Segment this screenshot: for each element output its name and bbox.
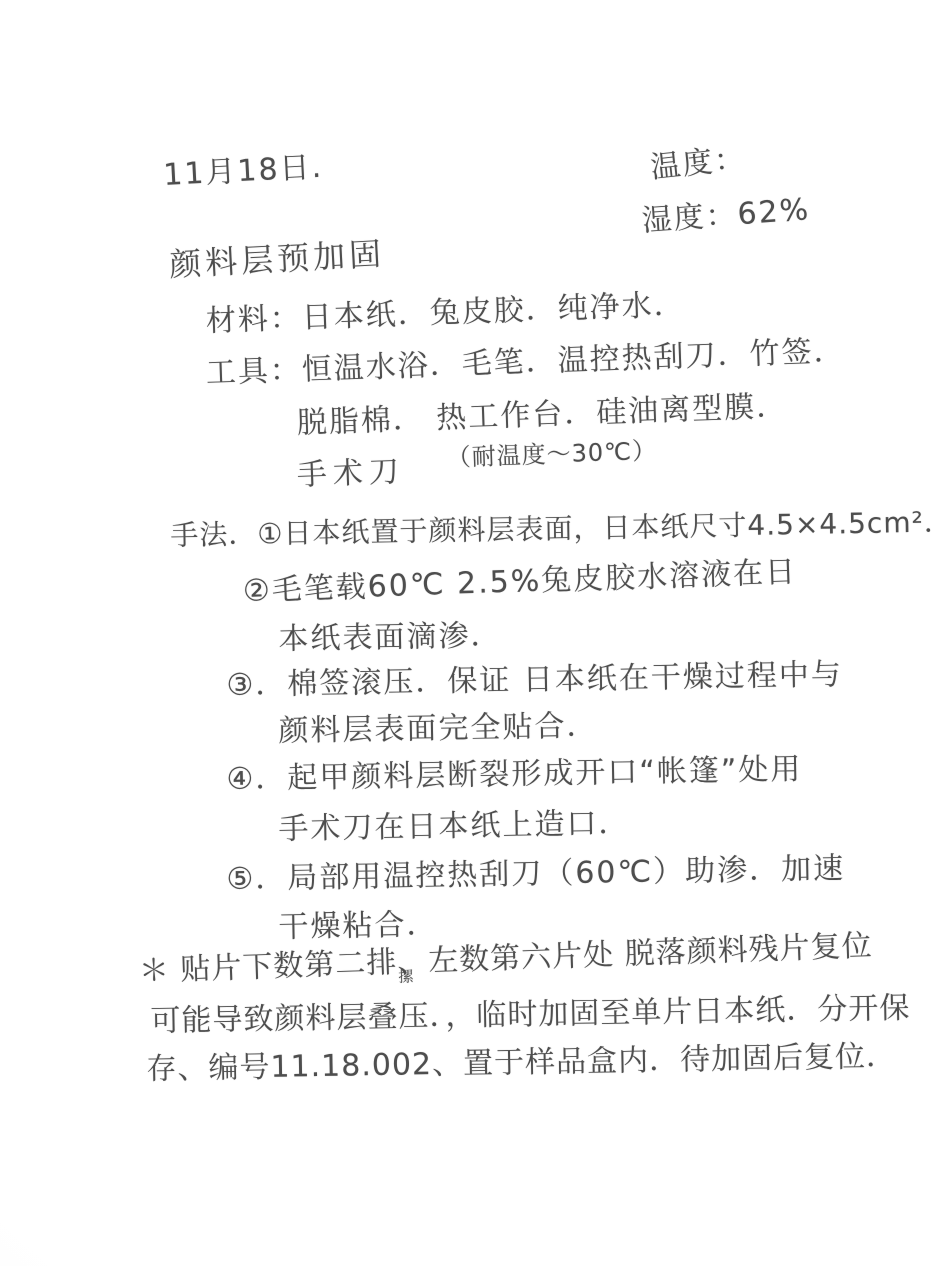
footnote-line-2: 可能导致颜料层叠压．，临时加固至单片日本纸．分开保 xyxy=(150,983,911,1040)
temperature-label: 温度： xyxy=(648,133,748,187)
procedure-step-5-line-1: ⑤．局部用温控热刮刀（60℃）助渗．加速 xyxy=(226,843,845,898)
tools-temperature-note: （耐温度～30℃） xyxy=(446,431,658,473)
procedure-step-1: 手法．①日本纸置于颜料层表面，日本纸尺寸4.5×4.5cm²． xyxy=(170,500,948,554)
page-title: 颜料层预加固 xyxy=(168,229,386,286)
procedure-step-4-line-1: ④．起甲颜料层断裂形成开口“帐篷”处用 xyxy=(226,744,803,798)
humidity-value: 湿度：62% xyxy=(640,184,811,240)
procedure-step-2-line-1: ②毛笔载60℃ 2.5%兔皮胶水溶液在日 xyxy=(242,547,798,610)
procedure-step-4-line-2: 手术刀在日本纸上造口． xyxy=(278,798,631,848)
tools-line-2: 脱脂棉． 热工作台．硅油离型膜． xyxy=(296,381,789,442)
date-text: 11月18日. xyxy=(162,142,324,194)
footnote-line-3: 存、编号11.18.002、置于样品盒内．待加固后复位． xyxy=(146,1031,897,1088)
footnote-line-1: ＊ 贴片下数第二排、左数第六片处 脱落颜料残片复位 xyxy=(138,920,873,990)
tools-line-3: 手术刀 xyxy=(296,446,405,494)
procedure-step-3-line-2: 颜料层表面完全贴合． xyxy=(278,700,599,750)
footnote-inserted-char: 摞 xyxy=(398,965,414,987)
procedure-step-2-line-2: 本纸表面滴渗． xyxy=(278,610,503,658)
materials-line: 材料：日本纸．兔皮胶．纯净水． xyxy=(205,279,686,340)
handwritten-note-page: 11月18日. 温度： 湿度：62% 颜料层预加固 材料：日本纸．兔皮胶．纯净水… xyxy=(0,0,948,1266)
procedure-step-3-line-1: ③．棉签滚压．保证 日本纸在干燥过程中与 xyxy=(226,649,843,704)
